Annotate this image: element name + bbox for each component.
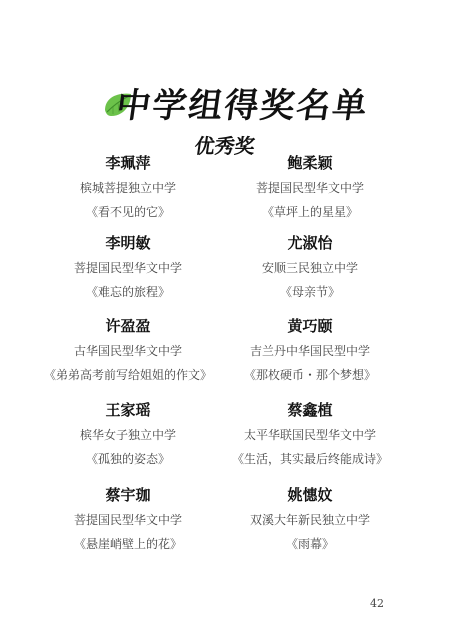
page-title: 中学组得奖名单	[114, 78, 373, 127]
winner-school: 菩提国民型华文中学	[28, 259, 228, 277]
winner-entry: 李明敏 菩提国民型华文中学 《难忘的旅程》	[28, 233, 228, 301]
winner-name: 蔡鑫植	[210, 400, 410, 420]
winner-entry: 鲍柔颖 菩提国民型华文中学 《草坪上的星星》	[210, 153, 410, 221]
winner-school: 安顺三民独立中学	[210, 259, 410, 277]
winner-school: 双溪大年新民独立中学	[210, 511, 410, 529]
winner-entry: 蔡宇珈 菩提国民型华文中学 《悬崖峭壁上的花》	[28, 485, 228, 553]
winner-school: 菩提国民型华文中学	[210, 179, 410, 197]
winner-work: 《生活，其实最后终能成诗》	[210, 450, 410, 468]
winner-school: 菩提国民型华文中学	[28, 511, 228, 529]
winner-entry: 许盈盈 古华国民型华文中学 《弟弟高考前写给姐姐的作文》	[28, 316, 228, 384]
winner-work: 《母亲节》	[210, 283, 410, 301]
document-page: 中学组得奖名单 优秀奖 李珮萍 槟城菩提独立中学 《看不见的它》 鲍柔颖 菩提国…	[0, 0, 450, 640]
winner-work: 《草坪上的星星》	[210, 203, 410, 221]
winner-name: 黄巧颐	[210, 316, 410, 336]
winner-school: 古华国民型华文中学	[28, 342, 228, 360]
winner-work: 《孤独的姿态》	[28, 450, 228, 468]
winner-entry: 黄巧颐 吉兰丹中华国民型中学 《那枚硬币・那个梦想》	[210, 316, 410, 384]
winner-school: 太平华联国民型华文中学	[210, 426, 410, 444]
winner-name: 蔡宇珈	[28, 485, 228, 505]
winner-school: 槟城菩提独立中学	[28, 179, 228, 197]
winner-name: 姚憓妏	[210, 485, 410, 505]
winner-entry: 姚憓妏 双溪大年新民独立中学 《雨幕》	[210, 485, 410, 553]
winner-entry: 李珮萍 槟城菩提独立中学 《看不见的它》	[28, 153, 228, 221]
winner-work: 《那枚硬币・那个梦想》	[210, 366, 410, 384]
page-number: 42	[370, 597, 384, 610]
winner-entry: 蔡鑫植 太平华联国民型华文中学 《生活，其实最后终能成诗》	[210, 400, 410, 468]
winner-school: 吉兰丹中华国民型中学	[210, 342, 410, 360]
winner-name: 许盈盈	[28, 316, 228, 336]
winner-school: 槟华女子独立中学	[28, 426, 228, 444]
title-block: 中学组得奖名单	[95, 76, 365, 126]
winner-name: 鲍柔颖	[210, 153, 410, 173]
winner-name: 王家瑶	[28, 400, 228, 420]
winner-name: 尤淑怡	[210, 233, 410, 253]
winner-work: 《难忘的旅程》	[28, 283, 228, 301]
winner-work: 《弟弟高考前写给姐姐的作文》	[28, 366, 228, 384]
winner-name: 李珮萍	[28, 153, 228, 173]
winner-entry: 王家瑶 槟华女子独立中学 《孤独的姿态》	[28, 400, 228, 468]
winner-work: 《雨幕》	[210, 535, 410, 553]
winner-entry: 尤淑怡 安顺三民独立中学 《母亲节》	[210, 233, 410, 301]
winner-work: 《看不见的它》	[28, 203, 228, 221]
winner-work: 《悬崖峭壁上的花》	[28, 535, 228, 553]
winner-name: 李明敏	[28, 233, 228, 253]
